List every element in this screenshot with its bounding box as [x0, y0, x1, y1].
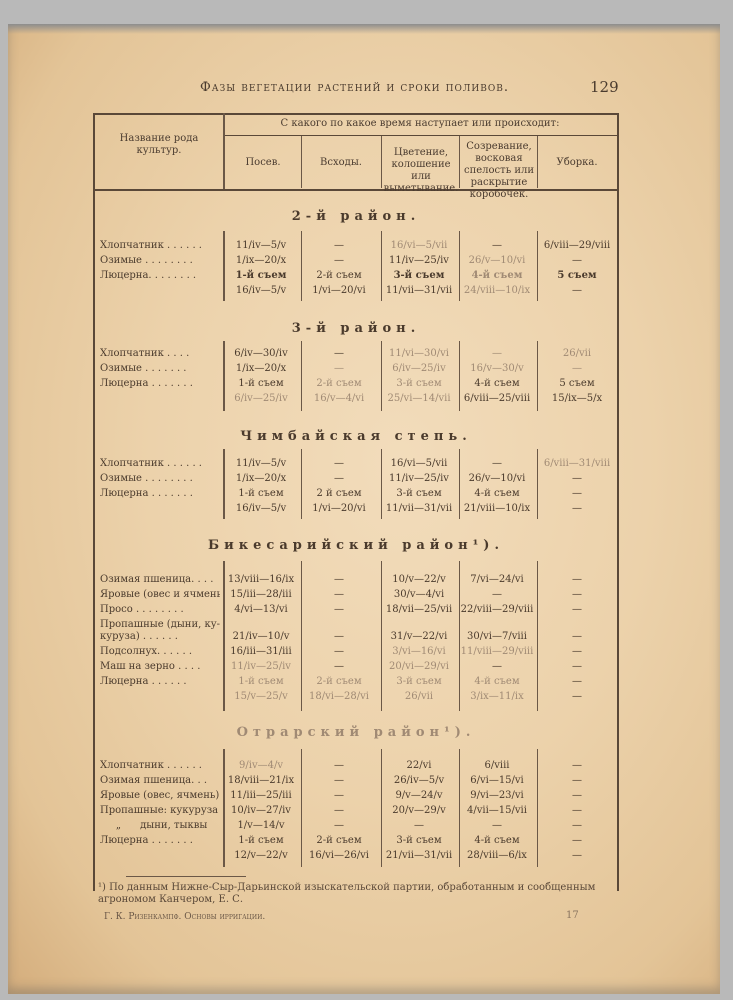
- section-title: Бикесарийский район¹).: [95, 538, 617, 553]
- scan-shadow: [8, 24, 720, 34]
- table-row: Озимые . . . . . . . . 1/ix—20/x — 11/iv…: [95, 473, 617, 487]
- table-top-rule: [95, 113, 617, 115]
- header-harvest: Уборка.: [539, 157, 615, 169]
- table-row: 12/v—22/v 16/vi—26/vi 21/vii—31/vii 28/v…: [95, 850, 617, 864]
- footnote: ¹) По данным Нижне-Сыр-Дарьинской изыска…: [98, 882, 618, 906]
- table-row: Люцерна . . . . . . . 1-й съем 2 й съем …: [95, 488, 617, 502]
- table-row: Люцерна . . . . . . . 1-й съем 2-й съем …: [95, 378, 617, 392]
- page-number: 129: [590, 78, 619, 96]
- table-row: Хлопчатник . . . . . . 9/iv—4/v — 22/vi …: [95, 760, 617, 774]
- section-title: Отрарский район¹).: [95, 725, 617, 740]
- table-row: Люцерна . . . . . . . 1-й съем 2-й съем …: [95, 835, 617, 849]
- table-row: Маш на зерно . . . . 11/iv—25/iv — 20/vi…: [95, 661, 617, 675]
- table-row: куруза) . . . . . . 21/iv—10/v — 31/v—22…: [95, 631, 617, 645]
- signature-number: 17: [566, 910, 579, 921]
- table-row: Пропашные: кукуруза . . 10/iv—27/iv — 20…: [95, 805, 617, 819]
- section-title: 2-й район.: [95, 209, 617, 224]
- signature-line: Г. К. Ризенкампф. Основы ирригации.: [104, 912, 265, 922]
- table-row: Люцерна . . . . . . 1-й съем 2-й съем 3-…: [95, 676, 617, 690]
- header-bottom-rule: [95, 189, 617, 191]
- header-group: С какого по какое время наступает или пр…: [225, 118, 615, 130]
- table-row: 15/v—25/v 18/vi—28/vi 26/vii 3/ix—11/ix …: [95, 691, 617, 705]
- table-row: Подсолнух. . . . . . 16/iii—31/iii — 3/v…: [95, 646, 617, 660]
- header-sowing: Посев.: [225, 157, 301, 169]
- table-row: Яровые (овес и ячмень) . 15/iii—28/iii —…: [95, 589, 617, 603]
- table-row: Люцерна. . . . . . . . 1-й съем 2-й съем…: [95, 270, 617, 284]
- running-head: Фазы вегетации растений и сроки поливов.: [200, 80, 509, 95]
- header-flowering: Цветение, колошение или выметывание.: [383, 147, 459, 195]
- table-row: Хлопчатник . . . . . . 11/iv—5/v — 16/vi…: [95, 458, 617, 472]
- table-row: 16/iv—5/v 1/vi—20/vi 11/vii—31/vii 21/vi…: [95, 503, 617, 517]
- table-row: Яровые (овес, ячмень) . 11/iii—25/iii — …: [95, 790, 617, 804]
- vegetation-table: Название рода культур. С какого по какое…: [93, 113, 619, 891]
- table-row: Озимые . . . . . . . 1/ix—20/x — 6/iv—25…: [95, 363, 617, 377]
- table-row: Просо . . . . . . . . 4/vi—13/vi — 18/vi…: [95, 604, 617, 618]
- table-row: Хлопчатник . . . . 6/iv—30/iv — 11/vi—30…: [95, 348, 617, 362]
- table-row: „ дыни, тыквы 1/v—14/v — — — —: [95, 820, 617, 834]
- footnote-rule: [126, 876, 246, 877]
- table-row: 6/iv—25/iv 16/v—4/vi 25/vi—14/vii 6/viii…: [95, 393, 617, 407]
- header-sprouts: Всходы.: [303, 157, 379, 169]
- section-title: 3-й район.: [95, 321, 617, 336]
- table-row: Озимые . . . . . . . . 1/ix—20/x — 11/iv…: [95, 255, 617, 269]
- table-row: Озимая пшеница. . . 18/viii—21/ix — 26/i…: [95, 775, 617, 789]
- footnote-text: ¹) По данным Нижне-Сыр-Дарьинской изыска…: [98, 882, 595, 905]
- header-crop-name: Название рода культур.: [99, 133, 219, 157]
- group-header-rule: [225, 135, 617, 136]
- header-ripening: Созревание, восковая спелость или раскры…: [461, 141, 537, 201]
- table-row: Хлопчатник . . . . . . 11/iv—5/v — 16/vi…: [95, 240, 617, 254]
- table-row: 16/iv—5/v 1/vi—20/vi 11/vii—31/vii 24/vi…: [95, 285, 617, 299]
- section-title: Чимбайская степь.: [95, 429, 617, 444]
- table-row: Озимая пшеница. . . . 13/viii—16/ix — 10…: [95, 574, 617, 588]
